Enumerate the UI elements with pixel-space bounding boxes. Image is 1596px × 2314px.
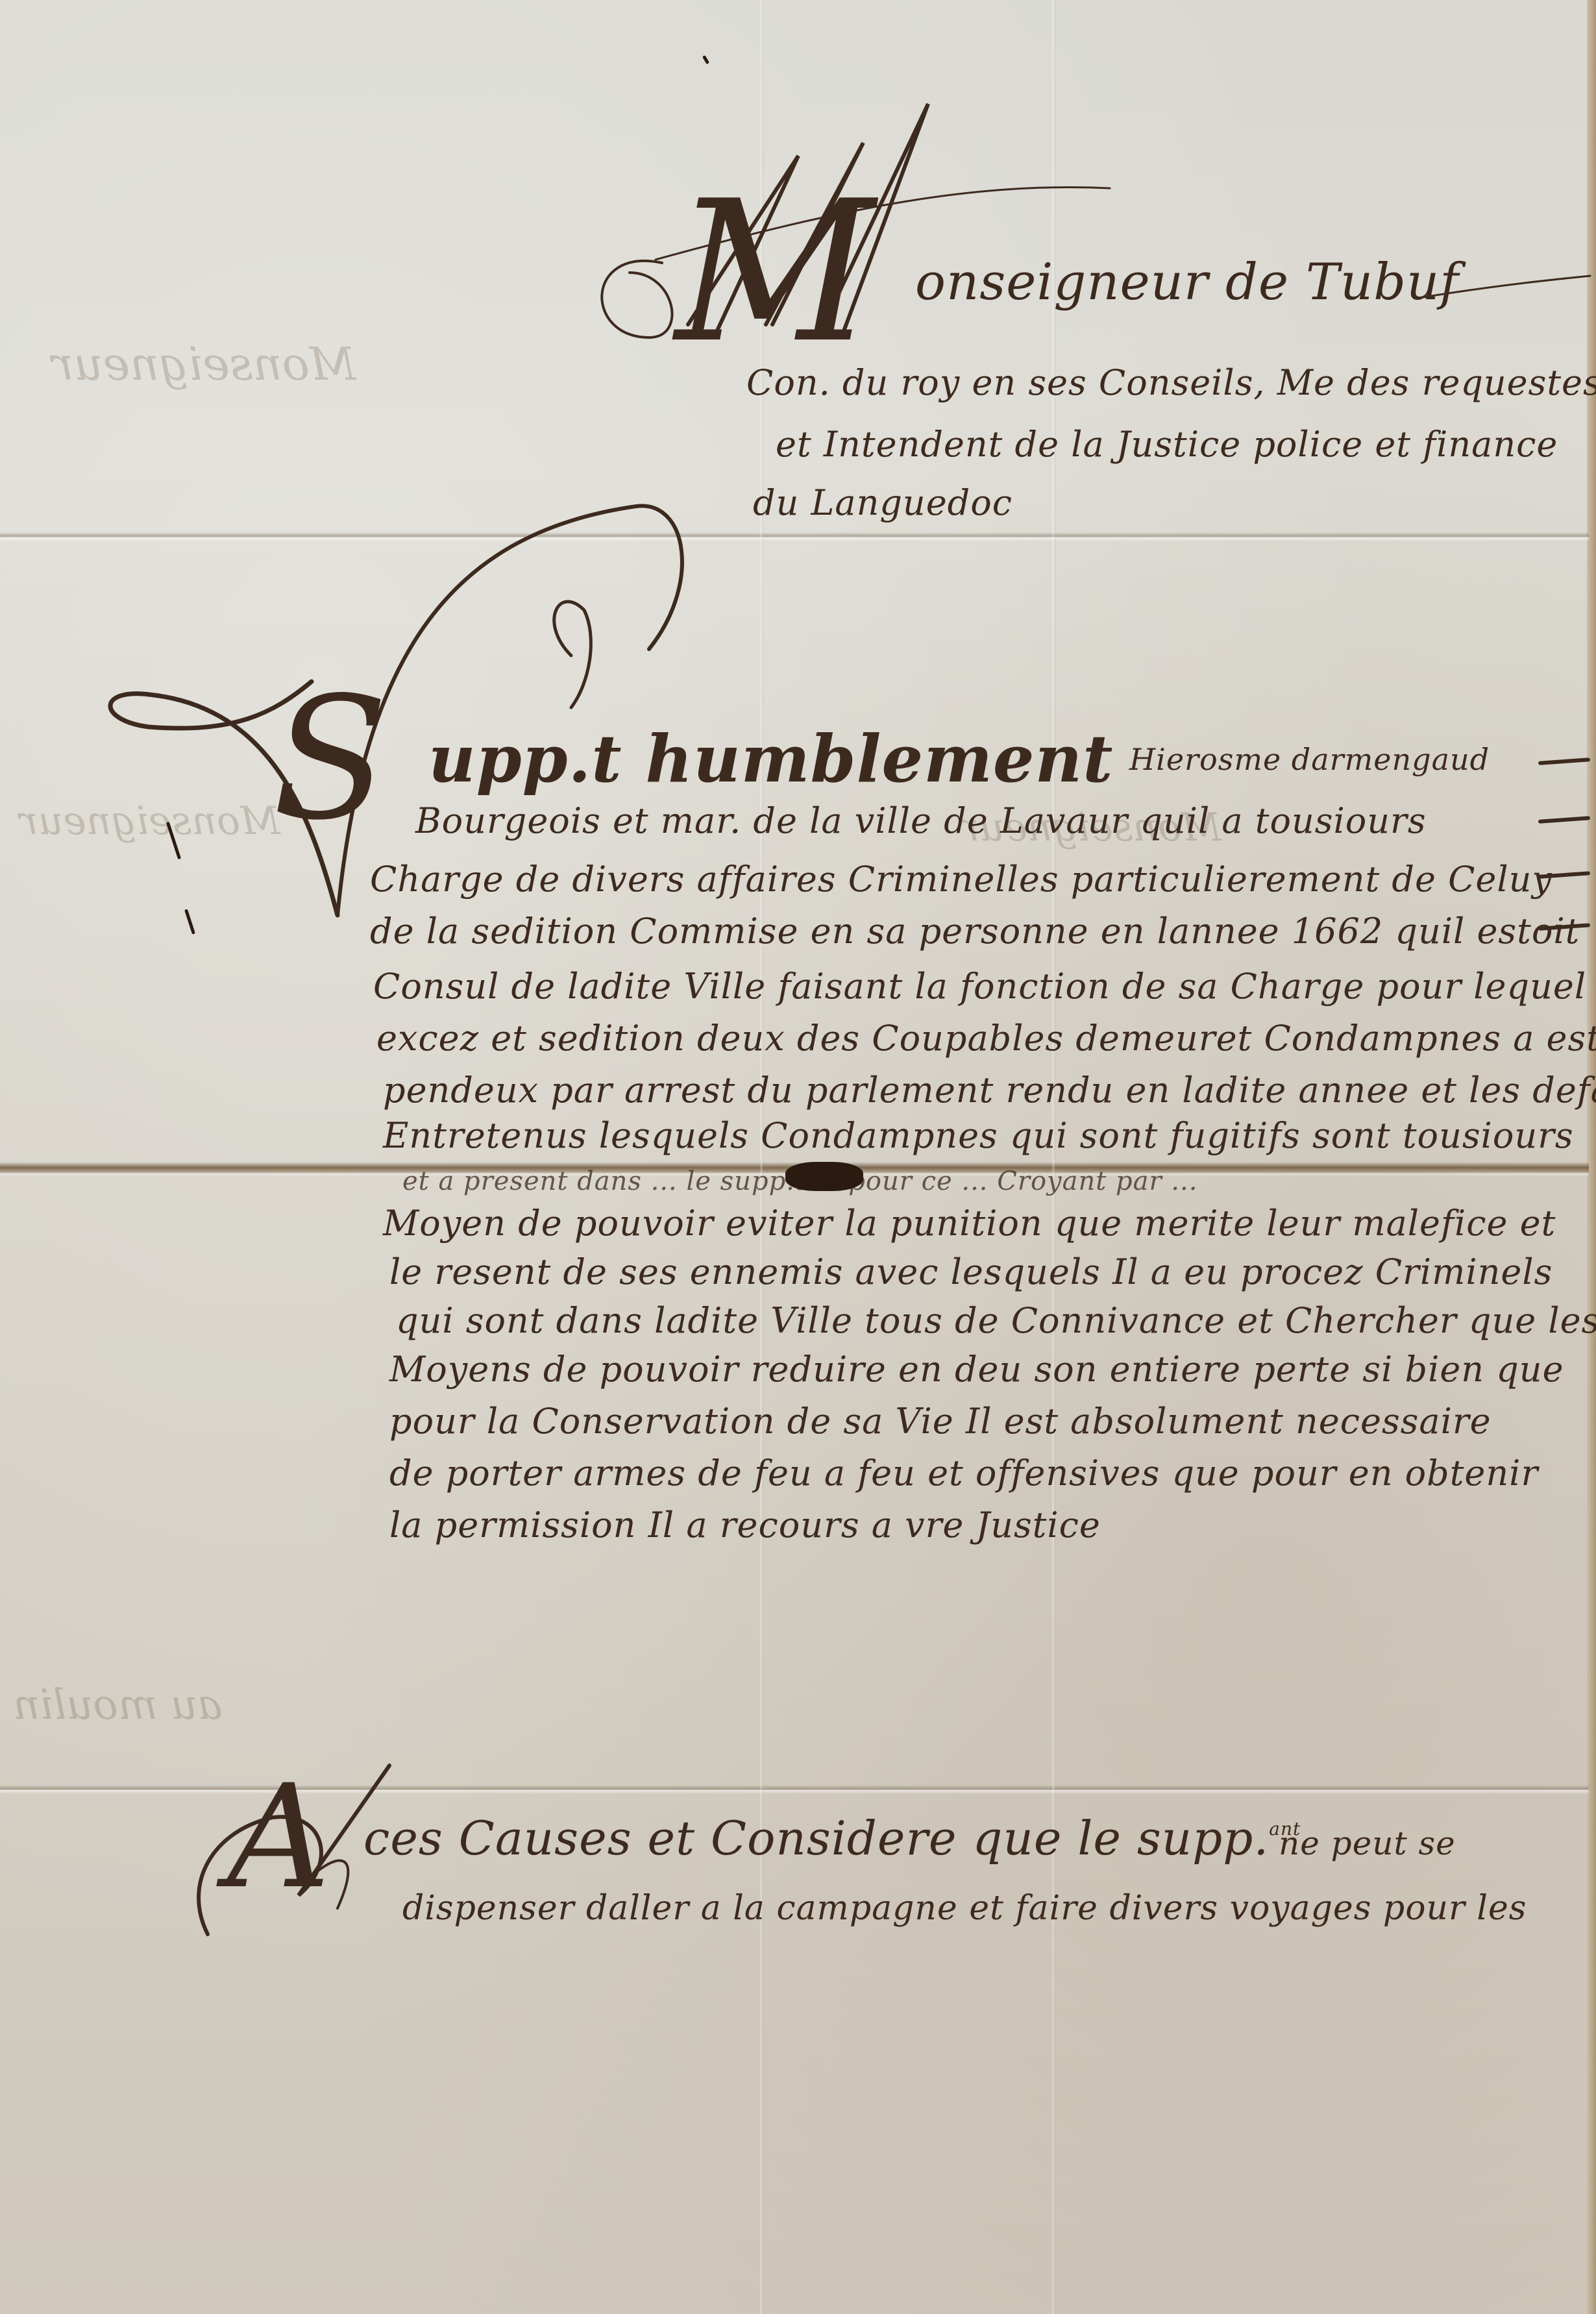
petitioner-name: Hierosme darmengaud bbox=[1129, 740, 1490, 779]
address-salutation: onseigneur de Tubuf bbox=[915, 253, 1459, 312]
address-line: Con. du roy en ses Conseils, Me des requ… bbox=[746, 363, 1596, 402]
body-line: Charge de divers affaires Criminelles pa… bbox=[370, 860, 1553, 899]
body-line: pendeux par arrest du parlement rendu en… bbox=[383, 1071, 1596, 1110]
bleed-through-text: Monseigneur bbox=[52, 338, 356, 391]
decorative-initial-a: A bbox=[227, 1766, 330, 1908]
body-line: de la sedition Commise en sa personne en… bbox=[370, 912, 1580, 951]
conclusion-line: ne peut se bbox=[1279, 1824, 1456, 1863]
body-line: excez et sedition deux des Coupables dem… bbox=[376, 1019, 1596, 1058]
bleed-through-text: au moulin bbox=[13, 1681, 222, 1729]
body-line: le resent de ses ennemis avec lesquels I… bbox=[389, 1253, 1553, 1292]
bleed-through-text: Monseigneur bbox=[19, 798, 280, 844]
body-line: Bourgeois et mar. de la ville de Lavaur … bbox=[415, 802, 1427, 841]
address-line: du Languedoc bbox=[753, 484, 1013, 523]
vertical-crease bbox=[1051, 0, 1055, 2314]
address-line: et Intendent de la Justice police et fin… bbox=[776, 425, 1558, 464]
conclusion-line: dispenser daller a la campagne et faire … bbox=[402, 1889, 1527, 1928]
paper-edge bbox=[1587, 0, 1596, 2314]
decorative-initial-s: S bbox=[273, 675, 388, 844]
ink-stain-damage bbox=[785, 1162, 863, 1191]
body-line: Consul de ladite Ville faisant la foncti… bbox=[373, 967, 1586, 1006]
fold-line bbox=[0, 532, 1589, 541]
body-line: Entretenus lesquels Condampnes qui sont … bbox=[383, 1116, 1574, 1155]
body-line: Moyens de pouvoir reduire en deu son ent… bbox=[389, 1350, 1564, 1389]
body-line: de porter armes de feu a feu et offensiv… bbox=[389, 1454, 1538, 1493]
conclusion-opening-text: ces Causes et Considere que le supp. bbox=[363, 1811, 1269, 1865]
body-line: pour la Conservation de sa Vie Il est ab… bbox=[389, 1402, 1492, 1441]
body-line: qui sont dans ladite Ville tous de Conni… bbox=[396, 1301, 1596, 1340]
decorative-initial-m: M bbox=[675, 175, 874, 370]
body-line: Moyen de pouvoir eviter la punition que … bbox=[383, 1204, 1556, 1243]
body-opening: upp.t humblement bbox=[428, 720, 1113, 797]
body-line: la permission Il a recours a vre Justice bbox=[389, 1506, 1101, 1545]
conclusion-opening: ces Causes et Considere que le supp.ant bbox=[363, 1811, 1301, 1865]
